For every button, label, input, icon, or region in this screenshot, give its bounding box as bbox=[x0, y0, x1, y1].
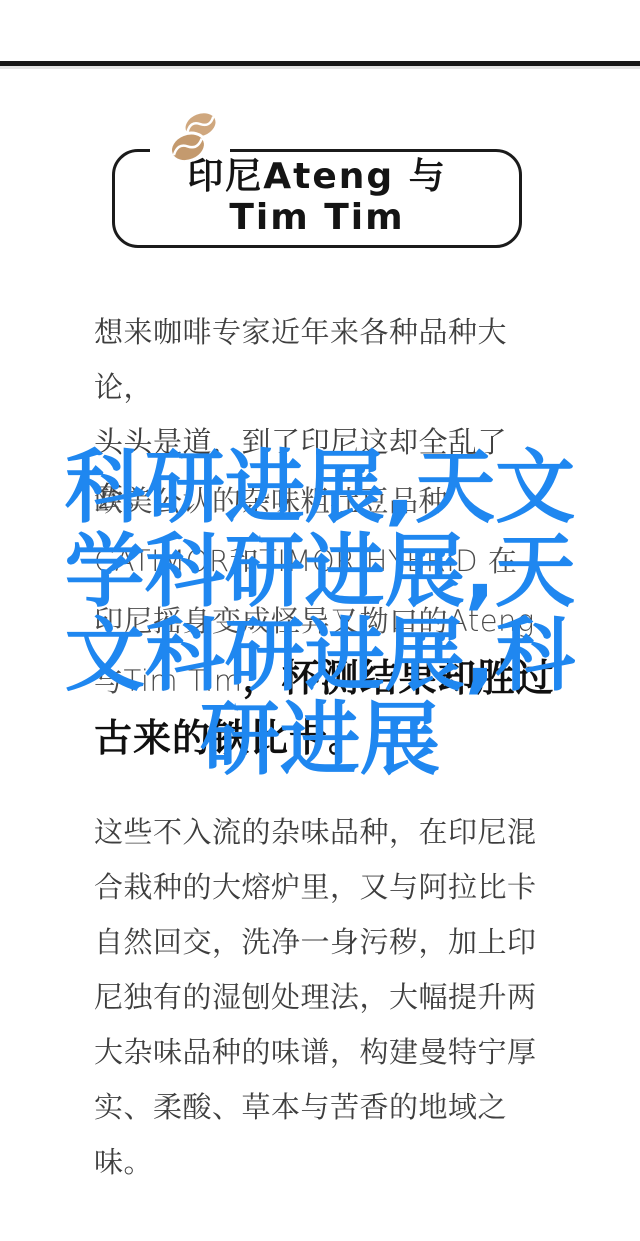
mid-line: 欧美公认的杂味粗壮豆品种 bbox=[94, 468, 569, 528]
outro-line: 尼独有的湿刨处理法，大幅提升两 bbox=[94, 970, 556, 1025]
mid-gray-text: CATIMOR和TIMOR HYBRID 在 bbox=[94, 544, 517, 578]
mid-paragraph: 欧美公认的杂味粗壮豆品种 CATIMOR和TIMOR HYBRID 在 印尼摇身… bbox=[94, 468, 569, 768]
outro-paragraph: 这些不入流的杂味品种，在印尼混 合栽种的大熔炉里，又与阿拉比卡 自然回交，洗净一… bbox=[94, 805, 556, 1190]
mid-line: 印尼摇身变成怪异又拗口的Ateng bbox=[94, 588, 569, 648]
mid-line: 古来的铁比卡。 bbox=[94, 708, 569, 768]
mid-bold-text: ，杯测结果却胜过 bbox=[242, 656, 554, 700]
coffee-beans-icon bbox=[152, 106, 238, 170]
outro-line: 合栽种的大熔炉里，又与阿拉比卡 bbox=[94, 860, 556, 915]
outro-line: 大杂味品种的味谱，构建曼特宁厚 bbox=[94, 1025, 556, 1080]
article-page: 印尼Ateng 与 Tim Tim 想来咖啡专家近年来各种品种大论， 头头是道，… bbox=[0, 0, 640, 1241]
mid-gray-text: 欧美公认的杂味粗壮豆品种 bbox=[94, 484, 448, 518]
mid-line: CATIMOR和TIMOR HYBRID 在 bbox=[94, 528, 569, 588]
outro-line: 这些不入流的杂味品种，在印尼混 bbox=[94, 805, 556, 860]
mid-gray-text: 印尼摇身变成怪异又拗口的Ateng bbox=[94, 604, 535, 638]
mid-bold-text: 古来的铁比卡。 bbox=[94, 716, 367, 760]
mid-line: 与Tim Tim，杯测结果却胜过 bbox=[94, 648, 569, 708]
mid-gray-text: 与Tim Tim bbox=[94, 664, 242, 698]
card-title-line2: Tim Tim bbox=[112, 197, 522, 238]
outro-line: 自然回交，洗净一身污秽，加上印 bbox=[94, 915, 556, 970]
outro-line: 实、柔酸、草本与苦香的地域之味。 bbox=[94, 1080, 556, 1190]
intro-line: 想来咖啡专家近年来各种品种大论， bbox=[94, 305, 554, 415]
top-divider-shadow bbox=[0, 66, 640, 69]
